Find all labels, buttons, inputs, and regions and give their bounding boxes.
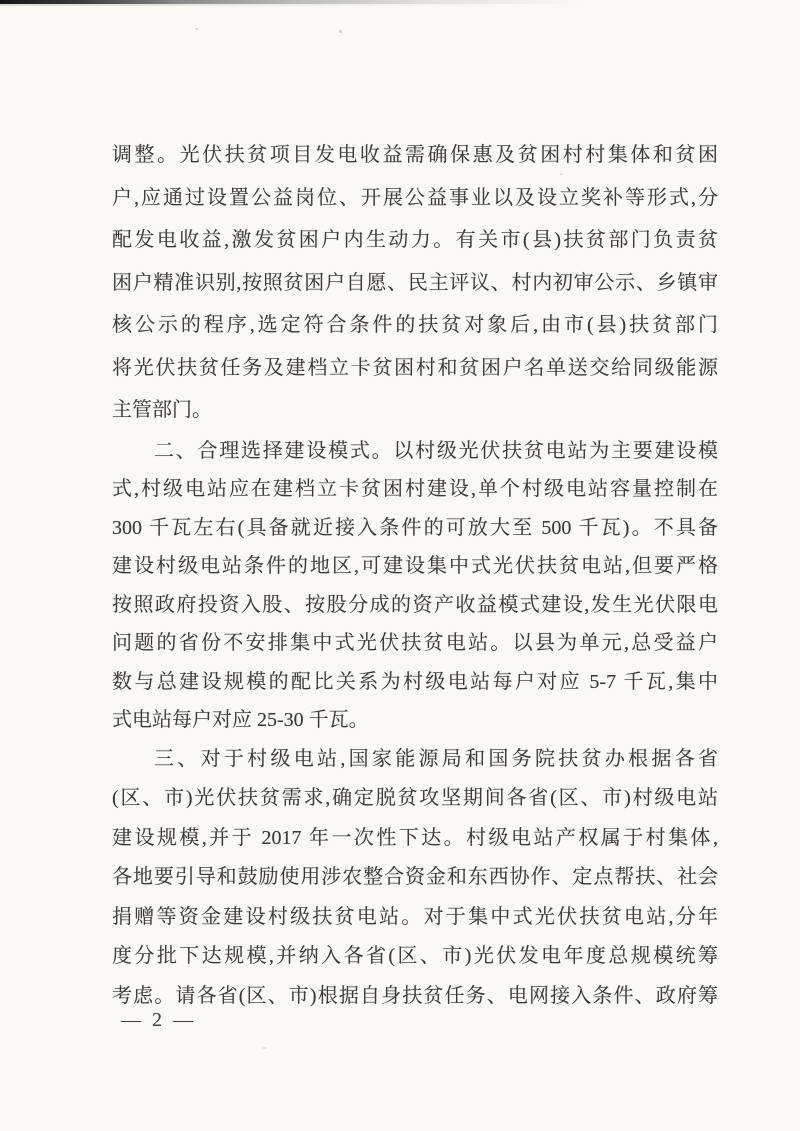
text-line: 捐赠等资金建设村级扶贫电站。对于集中式光伏扶贫电站,分年 [112,898,718,938]
text-line: 建设村级电站条件的地区,可建设集中式光伏扶贫电站,但要严格 [112,547,718,586]
paragraph-1: 调整。光伏扶贫项目发电收益需确保惠及贫困村村集体和贫困 户,应通过设置公益岗位、… [112,134,718,432]
paragraph-3: 三、对于村级电站,国家能源局和国务院扶贫办根据各省 (区、市)光伏扶贫需求,确定… [112,740,718,1017]
scan-speck [195,28,198,30]
text-line: 数与总建设规模的配比关系为村级电站每户对应 5-7 千瓦,集中 [112,663,718,702]
scanned-document-page: 调整。光伏扶贫项目发电收益需确保惠及贫困村村集体和贫困 户,应通过设置公益岗位、… [0,0,800,1131]
scan-edge-artifact-faint [0,4,520,6]
text-line: 核公示的程序,选定符合条件的扶贫对象后,由市(县)扶贫部门 [112,304,718,347]
text-line: 主管部门。 [112,389,718,432]
scan-speck [560,173,563,175]
text-line: 式电站每户对应 25-30 千瓦。 [112,701,718,740]
paragraph-2: 二、合理选择建设模式。以村级光伏扶贫电站为主要建设模 式,村级电站应在建档立卡贫… [112,432,718,740]
text-line: 建设规模,并于 2017 年一次性下达。村级电站产权属于村集体, [112,819,718,859]
text-line: 考虑。请各省(区、市)根据自身扶贫任务、电网接入条件、政府筹 [112,977,718,1017]
text-line: 三、对于村级电站,国家能源局和国务院扶贫办根据各省 [112,740,718,780]
scan-speck [339,30,342,33]
text-line: 按照政府投资入股、按股分成的资产收益模式建设,发生光伏限电 [112,586,718,625]
body-text: 调整。光伏扶贫项目发电收益需确保惠及贫困村村集体和贫困 户,应通过设置公益岗位、… [112,134,718,1016]
text-line: 式,村级电站应在建档立卡贫困村建设,单个村级电站容量控制在 [112,470,718,509]
text-line: 配发电收益,激发贫困户内生动力。有关市(县)扶贫部门负责贫 [112,219,718,262]
text-line: 将光伏扶贫任务及建档立卡贫困村和贫困户名单送交给同级能源 [112,347,718,390]
text-line: 户,应通过设置公益岗位、开展公益事业以及设立奖补等形式,分 [112,177,718,220]
page-number: — 2 — [121,1006,196,1034]
text-line: (区、市)光伏扶贫需求,确定脱贫攻坚期间各省(区、市)村级电站 [112,779,718,819]
text-line: 各地要引导和鼓励使用涉农整合资金和东西协作、定点帮扶、社会 [112,858,718,898]
text-line: 困户精准识别,按照贫困户自愿、民主评议、村内初审公示、乡镇审 [112,262,718,305]
text-line: 300 千瓦左右(具备就近接入条件的可放大至 500 千瓦)。不具备 [112,509,718,548]
scan-speck [262,1047,267,1049]
text-line: 二、合理选择建设模式。以村级光伏扶贫电站为主要建设模 [112,432,718,471]
text-line: 调整。光伏扶贫项目发电收益需确保惠及贫困村村集体和贫困 [112,134,718,177]
text-line: 问题的省份不安排集中式光伏扶贫电站。以县为单元,总受益户 [112,624,718,663]
text-line: 度分批下达规模,并纳入各省(区、市)光伏发电年度总规模统筹 [112,937,718,977]
